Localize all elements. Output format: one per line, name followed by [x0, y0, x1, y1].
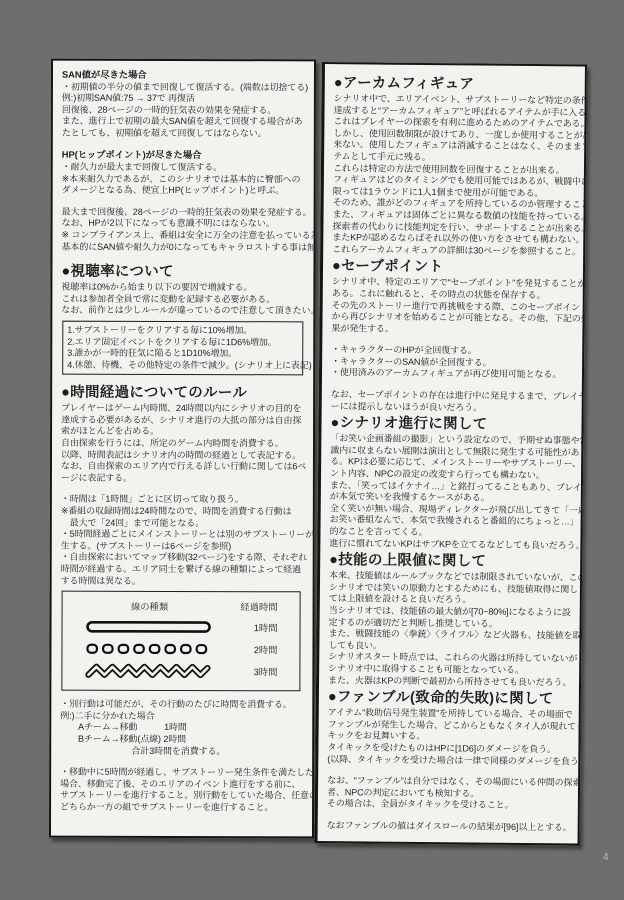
table-row: 2時間 [70, 638, 291, 661]
list-item: 3.誰かが一時的狂気に陥ると1D10%増加。 [67, 348, 298, 360]
text-line: ・使用済みのアーカムフィギュアが再び使用可能となる。 [331, 368, 573, 382]
table-row: 1時間 [71, 616, 292, 639]
text-line: ーには提示しないほうが良いだろう。 [331, 401, 573, 415]
list-item: 1.サブストーリーをクリアする毎に10%増加。 [67, 325, 298, 337]
section-heading: ●アーカムフィギュア [334, 74, 576, 94]
paragraph: ・時間は「1時間」ごとに区切って取り扱う。※番組の収録時間は24時間なので、時間… [61, 494, 304, 587]
section-heading: ●ファンブル(致命的失敗)に関して [328, 688, 570, 708]
text-line: また、火器はKPの判断で最初から所持させても良いだろう。 [328, 675, 570, 689]
page-number: 4 [603, 852, 609, 863]
text-line: なお、前作とは少しルールが違っているので注意して頂きたい。 [61, 305, 304, 317]
text-line: これらアーカムフィギュアの詳細は30ページを参照すること。 [332, 244, 574, 258]
paragraph: ・移動中に5時間が経過し、サブストーリー発生条件を満たした場合、移動完了後、その… [60, 767, 303, 814]
text-line: Aチーム→移動 1時間 [60, 722, 303, 734]
text-line: Bチーム→移動(点線) 2時間 [60, 734, 303, 746]
text-line: ・時間は「1時間」ごとに区切って取り扱う。 [61, 494, 304, 506]
paragraph: アイテム“救助信号発生装置”を所持している場合、その場面でファンブルが発生した場… [327, 707, 570, 767]
elapsed-time-value: 1時間 [254, 620, 292, 634]
text-line: (以降、タイキックを受けた場合は一律で同様のダメージを負う) [327, 754, 569, 768]
line-glyph-dashed-icon [70, 641, 228, 657]
right-text-column: ●アーカムフィギュアシナリオ中で、エリアイベント、サブストーリーなど特定の条件を… [315, 62, 587, 846]
text-line: たとしても、初期値を超えて回復してはならない。 [62, 128, 305, 140]
paragraph: 視聴率は0%から始まり以下の要因で増減する。これは参加者全員で常に変動を記録する… [61, 282, 304, 317]
paragraph: シナリオ中、特定のエリアで“セーブポイント”を発見することがある。これに触れると… [331, 276, 574, 336]
text-line: 視聴率は0%から始まり以下の要因で増減する。 [61, 282, 304, 294]
text-line: 果が発生する。 [331, 323, 573, 337]
text-line: プレイヤーはゲーム内時間、24時間以内にシナリオの目的を [61, 403, 304, 415]
paragraph: ・耐久力が最大まで回復して復活する。※本来耐久力であるが、このシナリオでは基本的… [62, 162, 305, 197]
text-line: ・移動中に5時間が経過し、サブストーリー発生条件を満たした [60, 767, 303, 779]
text-line: 最大で「24回」まで可能となる。 [61, 517, 304, 529]
text-line: ※本来耐久力であるが、このシナリオでは基本的に臀部への [62, 173, 305, 185]
text-line: 進行に慣れてないKPはサブKPを立てるなどしても良いだろう。 [329, 538, 571, 552]
text-line: なお、HPが2以下になっても意識不明にはならない。 [62, 218, 305, 230]
elapsed-time-value: 2時間 [254, 642, 292, 656]
paragraph: ・キャラクターのHPが全回復する。・キャラクターのSAN値が全回復する。・使用済… [331, 344, 573, 381]
text-line: ・別行動は可能だが、その行動のたびに時間を消費する。 [60, 699, 303, 711]
elapsed-time-value: 3時間 [254, 664, 292, 678]
text-line: 合計3時間を消費する。 [60, 745, 303, 757]
paragraph: 「お笑い企画番組の撮影」という設定なので、予期せぬ事態や常識内に収まらない展開は… [329, 433, 572, 551]
line-glyph-zigzag-icon [70, 663, 228, 679]
text-line: どちらか一方の組でサブストーリーを進行すること。 [60, 802, 303, 814]
list-item: 4.休憩、待機、その他特定の条件で減少。(シナリオ上に表記) [67, 359, 298, 371]
column-header: 経過時間 [240, 599, 291, 613]
text-line: 基本的にSAN値や耐久力が0になってもキャラロストする事は無い。 [62, 241, 305, 253]
text-line: ダメージとなる為、便宜上HP(ヒップポイント)と呼ぶ。 [62, 185, 305, 197]
list-item: 2.エリア固定イベントをクリアする毎に1D6%増加。 [67, 336, 298, 348]
text-line: なお、自由探索のエリア内で行える詳しい行動に関しては6ペ [61, 461, 304, 473]
text-line: ・自由探索においてマップ移動(32ページ)をする際、それぞれ [61, 552, 304, 564]
travel-time-table: 線の種類経過時間1時間2時間3時間 [61, 591, 300, 692]
text-line: ・5時間経過ごとにメインストーリーとは別のサブストーリーが発 [61, 529, 304, 541]
paragraph: シナリオ中で、エリアイベント、サブストーリーなど特定の条件を達成すると“アーカム… [332, 93, 576, 258]
paragraph: なお、セーブポイントの存在は進行中に発見するまで、プレイヤーには提示しないほうが… [331, 389, 573, 415]
text-line: ※ コンプライアンス上、番組は安全に万全の注意を払っている為 [62, 230, 305, 242]
text-line: ージに表記する。 [61, 473, 304, 485]
text-line: サブストーリーを進行すること。別行動をしていた場合、任意の [60, 790, 303, 802]
table-header-row: 線の種類経過時間 [71, 598, 292, 615]
text-line: 以降、時間表記はシナリオ内の時間の経過として表記する。 [61, 449, 304, 461]
text-line: ・初期値の半分の値まで回復して復活する。(端数は切捨てる) [62, 81, 305, 93]
table-row: 3時間 [70, 660, 291, 683]
paragraph: なおファンブルの値はダイスロールの結果が[96]以上とする。 [327, 820, 569, 834]
section-heading: ●技能の上限値に関して [329, 551, 571, 571]
text-line: 自由探索を行うには、所定のゲーム内時間を消費する。 [61, 438, 304, 450]
text-line: また、進行上で初期の最大SAN値を超えて回復する場合があ [62, 116, 305, 128]
paragraph: 最大まで回復後、28ページの一時的狂気表の効果を発症する。なお、HPが2以下にな… [62, 206, 305, 253]
text-line: 索がほとんどを占める。 [61, 426, 304, 438]
left-text-column: SAN値が尽きた場合・初期値の半分の値まで回復して復活する。(端数は切捨てる)例… [49, 59, 316, 839]
paragraph: プレイヤーはゲーム内時間、24時間以内にシナリオの目的を達成する必要があるが、シ… [61, 403, 304, 485]
scanned-rulebook-page: { "colors":{"background":"#6e6e6e","pape… [0, 0, 624, 900]
text-line: ・耐久力が最大まで回復して復活する。 [62, 162, 305, 174]
text-line: する時間は異なる。 [61, 575, 304, 587]
section-heading: ●時間経過についてのルール [61, 384, 304, 403]
paragraph: ・別行動は可能だが、その行動のたびに時間を消費する。例:)二手に分かれた場合 A… [60, 699, 303, 758]
section-heading: ●シナリオ進行に関して [330, 414, 572, 434]
section-heading: ●セーブポイント [332, 257, 574, 277]
paragraph: なお、“ファンブル”は自分ではなく、その場面にいる仲間の探索者、NPCの判定にお… [327, 775, 569, 812]
text-line: その場合は、全員がタイキックを受けること。 [327, 798, 569, 812]
text-line: なおファンブルの値はダイスロールの結果が[96]以上とする。 [327, 820, 569, 834]
section-subheading: HP(ヒップポイント)が尽きた場合 [62, 149, 305, 162]
text-line: 時間が経過する。エリア同士を繋げる線の種類によって経過 [61, 564, 304, 576]
section-subheading: SAN値が尽きた場合 [62, 69, 305, 82]
text-line: 回復後、28ページの一時的狂気表の効果を発症する。 [62, 104, 305, 116]
paragraph: 本来、技能値はルールブックなどでは制限されていないが、このシナリオでは笑いの原動… [328, 570, 571, 688]
section-heading: ●視聴率について [61, 263, 304, 282]
text-line: ※番組の収録時間は24時間なので、時間を消費する行動は [61, 506, 304, 518]
paragraph: ・初期値の半分の値まで回復して復活する。(端数は切捨てる)例:)初期SAN値:7… [62, 81, 305, 140]
viewer-rating-modifier-box: 1.サブストーリーをクリアする毎に10%増加。2.エリア固定イベントをクリアする… [62, 321, 303, 376]
line-glyph-solid-icon [71, 619, 229, 635]
column-header: 線の種類 [71, 599, 229, 613]
text-line: 例:)初期SAN値:75 → 37で 再復活 [62, 93, 305, 105]
